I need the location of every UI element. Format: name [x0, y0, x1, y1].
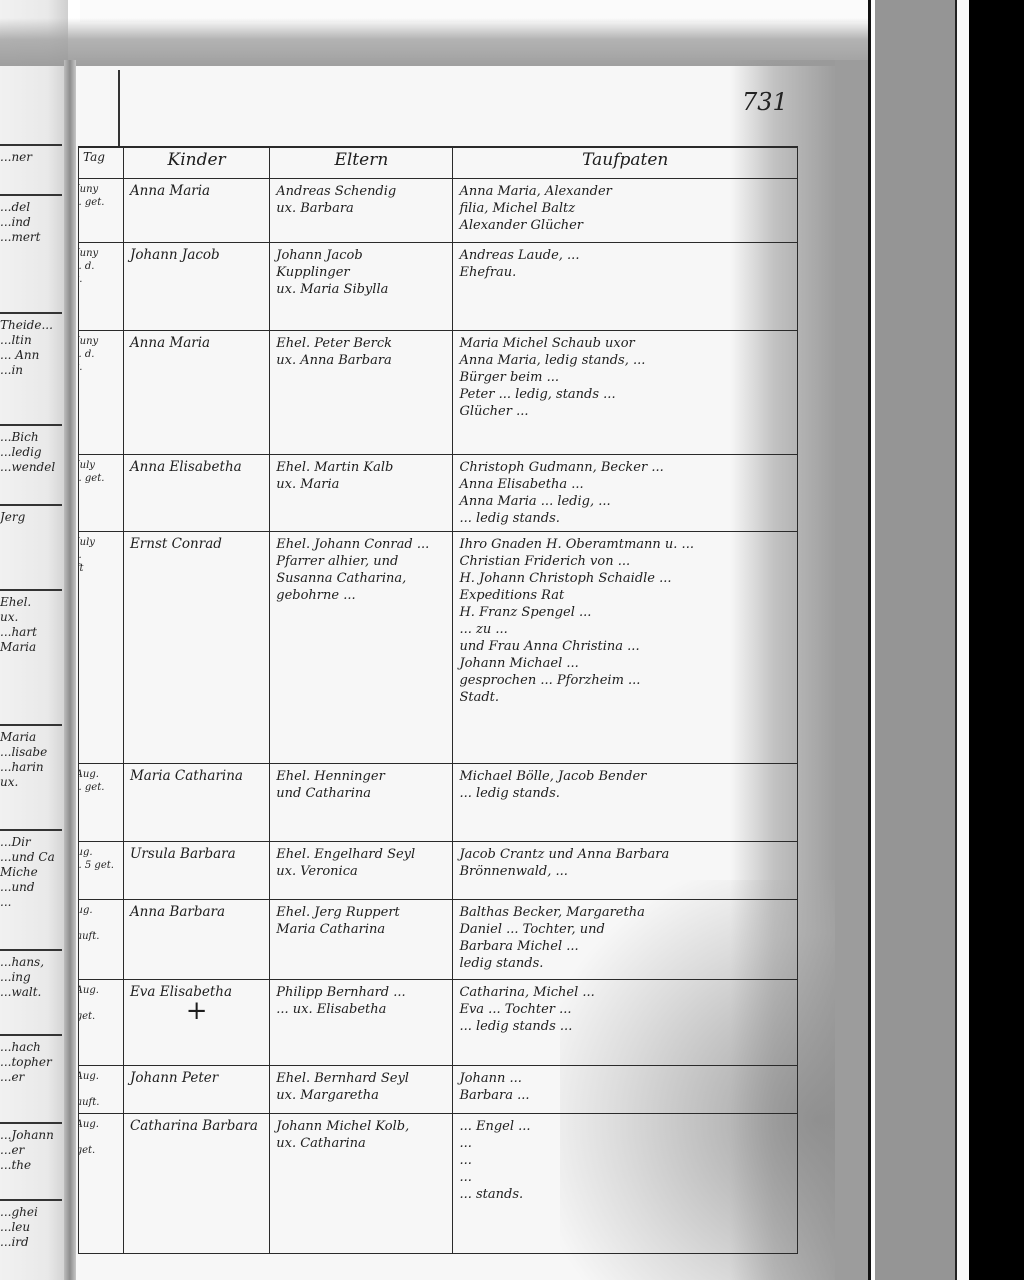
- fragment-line: ...the: [0, 1158, 64, 1173]
- parents-line: ux. Anna Barbara: [276, 352, 446, 369]
- register-entry-row: d. 20 Julygeb. u. get.Anna ElisabethaEhe…: [79, 455, 798, 532]
- entry-date-line: d. 25 Aug. geb.: [79, 1118, 117, 1144]
- fragment-line: ...ird: [0, 1235, 64, 1250]
- fragment-rule: [0, 829, 62, 831]
- sponsors-line: Christian Friderich von ...: [459, 553, 791, 570]
- entry-date: d. 25 Julygeb. u. getauft: [79, 532, 124, 764]
- entry-child-name: Anna Barbara: [123, 900, 269, 980]
- sponsors-line: Ehefrau.: [459, 264, 791, 281]
- register-entry-row: d. 20 Junygeb. u. d.21 get.Johann JacobJ…: [79, 243, 798, 331]
- entry-parents: Ehel. Engelhard Seylux. Veronica: [270, 842, 453, 900]
- sponsors-line: ... zu ...: [459, 621, 791, 638]
- fragment-text: ...Johann...er...the: [0, 1128, 64, 1173]
- entry-date: d. 13 Junygeb. u. get.: [79, 179, 124, 243]
- header-parents: Eltern: [270, 147, 453, 179]
- parents-line: ux. Catharina: [276, 1135, 446, 1152]
- fragment-line: ...ltin: [0, 333, 64, 348]
- entry-child-name: Catharina Barbara: [123, 1114, 269, 1254]
- entry-date-line: geb. u. getauft: [79, 549, 117, 575]
- fragment-line: ...ind: [0, 215, 64, 230]
- sponsors-line: Barbara Michel ...: [459, 938, 791, 955]
- entry-date-line: u. 26 get.: [79, 1144, 117, 1157]
- scanner-margin: [957, 0, 969, 1280]
- entry-date-line: d. 21 Aug. geb.: [79, 1070, 117, 1096]
- sponsors-line: Jacob Crantz und Anna Barbara: [459, 846, 791, 863]
- header-sponsors: Taufpaten: [453, 147, 798, 179]
- sponsors-line: Anna Maria, ledig stands, ...: [459, 352, 791, 369]
- fragment-line: ...in: [0, 363, 64, 378]
- fragment-line: ... Ann: [0, 348, 64, 363]
- fragment-rule: [0, 194, 62, 196]
- fragment-line: Maria: [0, 640, 64, 655]
- fragment-line: ...Dir: [0, 835, 64, 850]
- sponsors-line: Balthas Becker, Margaretha: [459, 904, 791, 921]
- register-entry-row: d. 06 Aug.geb. u. get.Maria CatharinaEhe…: [79, 764, 798, 842]
- child-name: Maria Catharina: [130, 768, 243, 784]
- fragment-line: ...und: [0, 880, 64, 895]
- parents-line: und Catharina: [276, 785, 446, 802]
- parents-line: Johann Jacob: [276, 247, 446, 264]
- binding-gutter: [64, 60, 76, 1280]
- entry-date-line: d. 06 Aug.: [79, 768, 117, 781]
- entry-date-line: d. 11 Aug. geb.: [79, 984, 117, 1010]
- sponsors-line: Eva ... Tochter ...: [459, 1001, 791, 1018]
- entry-date-line: u. getauft.: [79, 1096, 117, 1109]
- fragment-line: ...hach: [0, 1040, 64, 1055]
- register-entry-row: d. 6 Aug. geb.u. getauft.Anna BarbaraEhe…: [79, 900, 798, 980]
- scanned-page: 731 ...ner...del...ind...mertTheide.....…: [0, 0, 1024, 1280]
- fragment-rule: [0, 1122, 62, 1124]
- fragment-line: ...mert: [0, 230, 64, 245]
- parents-line: ux. Margaretha: [276, 1087, 446, 1104]
- parents-line: ux. Maria Sibylla: [276, 281, 446, 298]
- entry-child-name: Anna Elisabetha: [123, 455, 269, 532]
- sponsors-line: Anna Elisabetha ...: [459, 476, 791, 493]
- entry-date: d. 6 Aug. geb.u. getauft.: [79, 900, 124, 980]
- entry-date-line: d. 27 Juny: [79, 335, 117, 348]
- entry-parents: Ehel. Jerg RuppertMaria Catharina: [270, 900, 453, 980]
- sponsors-line: ... ledig stands ...: [459, 1018, 791, 1035]
- scanner-border: [969, 0, 1024, 1280]
- entry-sponsors: Christoph Gudmann, Becker ...Anna Elisab…: [453, 455, 798, 532]
- fragment-rule: [0, 504, 62, 506]
- child-name: Anna Barbara: [130, 904, 225, 920]
- entry-date-line: d. 25 July: [79, 536, 117, 549]
- fragment-line: ...ghei: [0, 1205, 64, 1220]
- fragment-line: ...del: [0, 200, 64, 215]
- fragment-line: Jerg: [0, 510, 64, 525]
- death-cross-icon: +: [130, 1003, 263, 1020]
- sponsors-line: gesprochen ... Pforzheim ...: [459, 672, 791, 689]
- page-number: 731: [742, 88, 788, 116]
- fragment-text: ...Bich...ledig...wendel: [0, 430, 64, 475]
- entry-parents: Ehel. Martin Kalbux. Maria: [270, 455, 453, 532]
- column-rule: [118, 70, 120, 148]
- register-entry-row: d. 21 Aug. geb.u. getauft.Johann PeterEh…: [79, 1066, 798, 1114]
- page-edge-band: [835, 60, 871, 1280]
- sponsors-line: Peter ... ledig, stands ...: [459, 386, 791, 403]
- sponsors-line: Stadt.: [459, 689, 791, 706]
- sponsors-line: ledig stands.: [459, 955, 791, 972]
- entry-child-name: Ursula Barbara: [123, 842, 269, 900]
- fragment-rule: [0, 424, 62, 426]
- entry-child-name: Eva Elisabetha+: [123, 980, 269, 1066]
- fragment-rule: [0, 949, 62, 951]
- sponsors-line: Bürger beim ...: [459, 369, 791, 386]
- sponsors-line: Maria Michel Schaub uxor: [459, 335, 791, 352]
- sponsors-line: Johann ...: [459, 1070, 791, 1087]
- entry-date-line: geb. u. d.: [79, 348, 117, 361]
- child-name: Catharina Barbara: [130, 1118, 258, 1134]
- sponsors-line: Johann Michael ...: [459, 655, 791, 672]
- entry-child-name: Johann Peter: [123, 1066, 269, 1114]
- fragment-rule: [0, 1199, 62, 1201]
- fragment-text: ...Dir...und CaMiche...und...: [0, 835, 64, 910]
- fragment-line: ...Johann: [0, 1128, 64, 1143]
- register-entry-row: d. 11 Aug. geb.u. 12 get.Eva Elisabetha+…: [79, 980, 798, 1066]
- entry-date-line: geb. u. get.: [79, 781, 117, 794]
- entry-parents: Ehel. Bernhard Seylux. Margaretha: [270, 1066, 453, 1114]
- fragment-text: ...hans,...ing...walt.: [0, 955, 64, 1000]
- sponsors-line: Ihro Gnaden H. Oberamtmann u. ...: [459, 536, 791, 553]
- parents-line: ux. Veronica: [276, 863, 446, 880]
- entry-date: d. 06 Aug.geb. u. get.: [79, 764, 124, 842]
- entry-parents: Ehel. Henningerund Catharina: [270, 764, 453, 842]
- sponsors-line: ... Engel ...: [459, 1118, 791, 1135]
- sponsors-line: filia, Michel Baltz: [459, 200, 791, 217]
- entry-date: d. 25 Aug. geb.u. 26 get.: [79, 1114, 124, 1254]
- fragment-line: Miche: [0, 865, 64, 880]
- baptism-register-table: Tag Kinder Eltern Taufpaten d. 13 Junyge…: [78, 146, 798, 1254]
- register-entry-row: d. 25 Aug. geb.u. 26 get.Catharina Barba…: [79, 1114, 798, 1254]
- entry-date: d. 4 Aug.geb. u. 5 get.: [79, 842, 124, 900]
- child-name: Johann Jacob: [130, 247, 220, 263]
- sponsors-line: Michael Bölle, Jacob Bender: [459, 768, 791, 785]
- entry-parents: Johann Michel Kolb,ux. Catharina: [270, 1114, 453, 1254]
- parents-line: Pfarrer alhier, und: [276, 553, 446, 570]
- entry-date-line: u. getauft.: [79, 930, 117, 943]
- sponsors-line: Daniel ... Tochter, und: [459, 921, 791, 938]
- entry-sponsors: Jacob Crantz und Anna BarbaraBrönnenwald…: [453, 842, 798, 900]
- entry-date-line: d. 13 Juny: [79, 183, 117, 196]
- entry-date-line: 21 get.: [79, 273, 117, 286]
- fragment-line: Theide...: [0, 318, 64, 333]
- sponsors-line: ... ledig stands.: [459, 510, 791, 527]
- sponsors-line: Expeditions Rat: [459, 587, 791, 604]
- fragment-text: ...del...ind...mert: [0, 200, 64, 245]
- parents-line: Andreas Schendig: [276, 183, 446, 200]
- entry-date-line: geb. u. get.: [79, 472, 117, 485]
- entry-date-line: geb. u. get.: [79, 196, 117, 209]
- entry-date: d. 20 Julygeb. u. get.: [79, 455, 124, 532]
- fragment-line: ...ing: [0, 970, 64, 985]
- entry-date-line: geb. u. d.: [79, 260, 117, 273]
- entry-child-name: Anna Maria: [123, 331, 269, 455]
- entry-date-line: geb. u. 5 get.: [79, 859, 117, 872]
- parents-line: Ehel. Bernhard Seyl: [276, 1070, 446, 1087]
- register-entry-row: d. 4 Aug.geb. u. 5 get.Ursula BarbaraEhe…: [79, 842, 798, 900]
- entry-sponsors: Maria Michel Schaub uxorAnna Maria, ledi…: [453, 331, 798, 455]
- register-entry-row: d. 13 Junygeb. u. get.Anna MariaAndreas …: [79, 179, 798, 243]
- sponsors-line: Anna Maria ... ledig, ...: [459, 493, 791, 510]
- sponsors-line: ...: [459, 1152, 791, 1169]
- fragment-line: Maria: [0, 730, 64, 745]
- fragment-line: ...ner: [0, 150, 64, 165]
- header-row: Tag Kinder Eltern Taufpaten: [79, 147, 798, 179]
- sponsors-line: ...: [459, 1135, 791, 1152]
- fragment-line: ...lisabe: [0, 745, 64, 760]
- fragment-text: Maria...lisabe...harinux.: [0, 730, 64, 790]
- fragment-line: ...und Ca: [0, 850, 64, 865]
- entry-date-line: u. 12 get.: [79, 1010, 117, 1023]
- parents-line: gebohrne ...: [276, 587, 446, 604]
- child-name: Johann Peter: [130, 1070, 218, 1086]
- fragment-line: ...leu: [0, 1220, 64, 1235]
- parents-line: Susanna Catharina,: [276, 570, 446, 587]
- fragment-text: ...ghei...leu...ird: [0, 1205, 64, 1250]
- parents-line: Ehel. Martin Kalb: [276, 459, 446, 476]
- child-name: Eva Elisabetha: [130, 984, 232, 1000]
- sponsors-line: Andreas Laude, ...: [459, 247, 791, 264]
- fragment-line: ...walt.: [0, 985, 64, 1000]
- child-name: Anna Maria: [130, 183, 210, 199]
- header-date: Tag: [79, 147, 124, 179]
- parents-line: Johann Michel Kolb,: [276, 1118, 446, 1135]
- entry-parents: Ehel. Peter Berckux. Anna Barbara: [270, 331, 453, 455]
- entry-sponsors: Andreas Laude, ...Ehefrau.: [453, 243, 798, 331]
- parents-line: Ehel. Engelhard Seyl: [276, 846, 446, 863]
- entry-date: d. 20 Junygeb. u. d.21 get.: [79, 243, 124, 331]
- entry-sponsors: Anna Maria, Alexanderfilia, Michel Baltz…: [453, 179, 798, 243]
- parents-line: Ehel. Jerg Ruppert: [276, 904, 446, 921]
- fragment-text: Ehel.ux....hartMaria: [0, 595, 64, 655]
- entry-parents: Andreas Schendigux. Barbara: [270, 179, 453, 243]
- fragment-rule: [0, 1034, 62, 1036]
- entry-sponsors: Catharina, Michel ... Eva ... Tochter ..…: [453, 980, 798, 1066]
- fragment-line: Ehel.: [0, 595, 64, 610]
- child-name: Anna Maria: [130, 335, 210, 351]
- register-entry-row: d. 25 Julygeb. u. getauftErnst ConradEhe…: [79, 532, 798, 764]
- fragment-line: ...er: [0, 1070, 64, 1085]
- entry-date: d. 11 Aug. geb.u. 12 get.: [79, 980, 124, 1066]
- parents-line: ux. Maria: [276, 476, 446, 493]
- sponsors-line: und Frau Anna Christina ...: [459, 638, 791, 655]
- entry-sponsors: Johann ...Barbara ...: [453, 1066, 798, 1114]
- entry-parents: Ehel. Johann Conrad ...Pfarrer alhier, u…: [270, 532, 453, 764]
- header-child: Kinder: [123, 147, 269, 179]
- register-entry-row: d. 27 Junygeb. u. d.28 get.Anna MariaEhe…: [79, 331, 798, 455]
- sponsors-line: Catharina, Michel ...: [459, 984, 791, 1001]
- entry-parents: Philipp Bernhard ...... ux. Elisabetha: [270, 980, 453, 1066]
- entry-sponsors: ... Engel ............... stands.: [453, 1114, 798, 1254]
- child-name: Anna Elisabetha: [130, 459, 242, 475]
- entry-parents: Johann JacobKupplingerux. Maria Sibylla: [270, 243, 453, 331]
- sponsors-line: H. Franz Spengel ...: [459, 604, 791, 621]
- top-water-stain: [0, 18, 880, 66]
- fragment-line: ...Bich: [0, 430, 64, 445]
- scanner-background: [875, 0, 957, 1280]
- parents-line: ... ux. Elisabetha: [276, 1001, 446, 1018]
- entry-child-name: Maria Catharina: [123, 764, 269, 842]
- sponsors-line: Brönnenwald, ...: [459, 863, 791, 880]
- parents-line: Ehel. Peter Berck: [276, 335, 446, 352]
- fragment-line: ...hans,: [0, 955, 64, 970]
- fragment-line: ...ledig: [0, 445, 64, 460]
- parents-line: Ehel. Johann Conrad ...: [276, 536, 446, 553]
- sponsors-line: Alexander Glücher: [459, 217, 791, 234]
- fragment-text: ...ner: [0, 150, 64, 165]
- sponsors-line: Barbara ...: [459, 1087, 791, 1104]
- entry-date-line: d. 20 July: [79, 459, 117, 472]
- fragment-line: ...harin: [0, 760, 64, 775]
- parents-line: ux. Barbara: [276, 200, 446, 217]
- fragment-line: ...wendel: [0, 460, 64, 475]
- entry-child-name: Ernst Conrad: [123, 532, 269, 764]
- fragment-rule: [0, 144, 62, 146]
- entry-date-line: d. 4 Aug.: [79, 846, 117, 859]
- sponsors-line: ... ledig stands.: [459, 785, 791, 802]
- fragment-rule: [0, 312, 62, 314]
- fragment-line: ux.: [0, 775, 64, 790]
- entry-date: d. 27 Junygeb. u. d.28 get.: [79, 331, 124, 455]
- fragment-rule: [0, 589, 62, 591]
- fragment-line: ...hart: [0, 625, 64, 640]
- fragment-line: ...er: [0, 1143, 64, 1158]
- sponsors-line: Christoph Gudmann, Becker ...: [459, 459, 791, 476]
- entry-child-name: Anna Maria: [123, 179, 269, 243]
- entry-date-line: d. 6 Aug. geb.: [79, 904, 117, 930]
- entry-date: d. 21 Aug. geb.u. getauft.: [79, 1066, 124, 1114]
- parents-line: Kupplinger: [276, 264, 446, 281]
- sponsors-line: ... stands.: [459, 1186, 791, 1203]
- entry-sponsors: Michael Bölle, Jacob Bender... ledig sta…: [453, 764, 798, 842]
- entry-sponsors: Balthas Becker, MargarethaDaniel ... Toc…: [453, 900, 798, 980]
- fragment-text: Theide......ltin... Ann...in: [0, 318, 64, 378]
- parents-line: Philipp Bernhard ...: [276, 984, 446, 1001]
- parents-line: Maria Catharina: [276, 921, 446, 938]
- fragment-line: ux.: [0, 610, 64, 625]
- child-name: Ernst Conrad: [130, 536, 222, 552]
- entry-sponsors: Ihro Gnaden H. Oberamtmann u. ...Christi…: [453, 532, 798, 764]
- fragment-text: ...hach...topher...er: [0, 1040, 64, 1085]
- sponsors-line: Glücher ...: [459, 403, 791, 420]
- sponsors-line: H. Johann Christoph Schaidle ...: [459, 570, 791, 587]
- entry-date-line: d. 20 Juny: [79, 247, 117, 260]
- child-name: Ursula Barbara: [130, 846, 236, 862]
- parents-line: Ehel. Henninger: [276, 768, 446, 785]
- fragment-line: ...topher: [0, 1055, 64, 1070]
- fragment-line: ...: [0, 895, 64, 910]
- sponsors-line: Anna Maria, Alexander: [459, 183, 791, 200]
- entry-date-line: 28 get.: [79, 361, 117, 374]
- fragment-text: Jerg: [0, 510, 64, 525]
- entry-child-name: Johann Jacob: [123, 243, 269, 331]
- fragment-rule: [0, 724, 62, 726]
- sponsors-line: ...: [459, 1169, 791, 1186]
